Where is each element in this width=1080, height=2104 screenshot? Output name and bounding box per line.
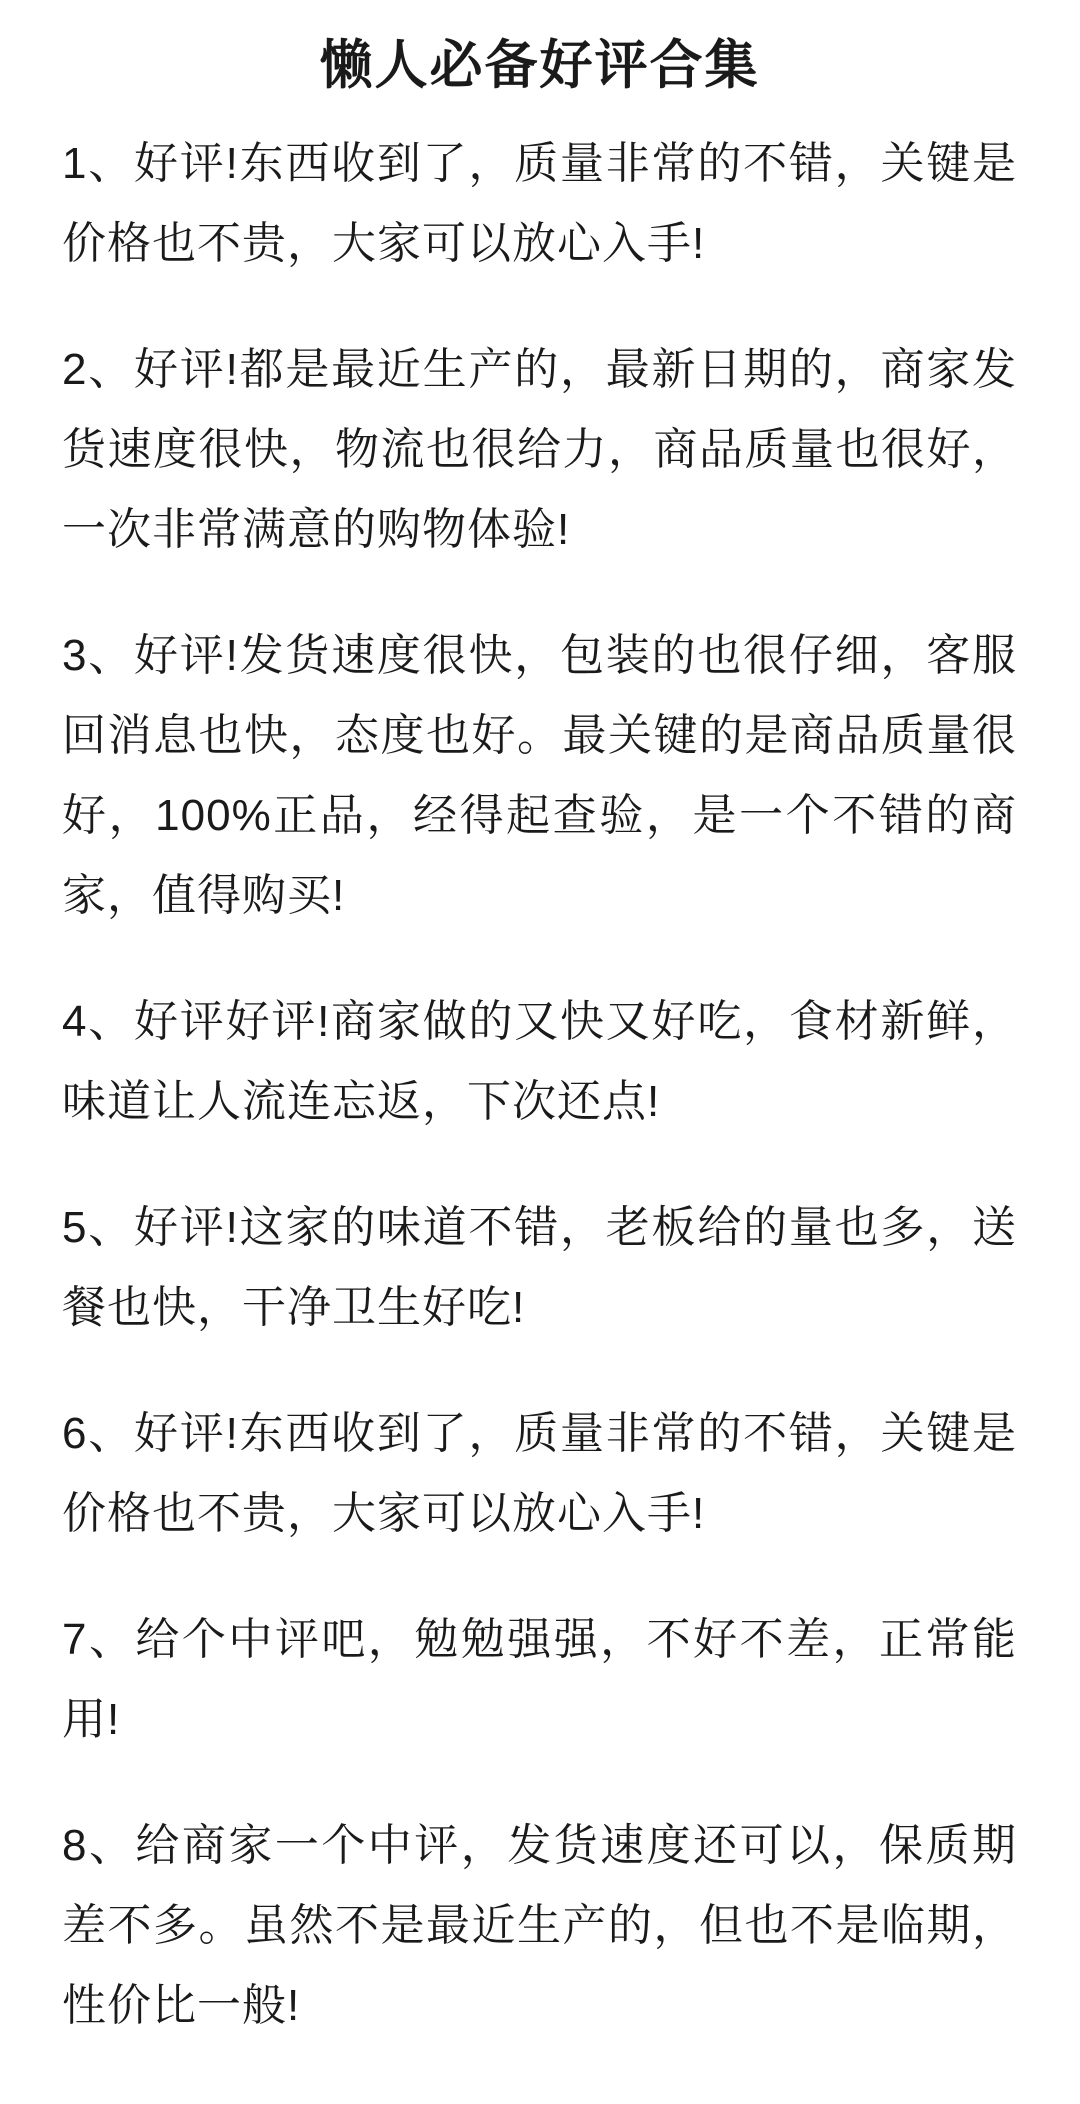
review-item-2: 2、好评!都是最近生产的，最新日期的，商家发货速度很快，物流也很给力，商品质量也… bbox=[62, 330, 1017, 570]
review-item-3: 3、好评!发货速度很快，包装的也很仔细，客服回消息也快，态度也好。最关键的是商品… bbox=[62, 616, 1017, 936]
review-item-8: 8、给商家一个中评，发货速度还可以，保质期差不多。虽然不是最近生产的，但也不是临… bbox=[62, 1806, 1017, 2046]
review-item-4: 4、好评好评!商家做的又快又好吃，食材新鲜，味道让人流连忘返，下次还点! bbox=[62, 982, 1017, 1142]
review-list: 1、好评!东西收到了，质量非常的不错，关键是价格也不贵，大家可以放心入手! 2、… bbox=[62, 124, 1017, 2046]
review-item-6: 6、好评!东西收到了，质量非常的不错，关键是价格也不贵，大家可以放心入手! bbox=[62, 1394, 1017, 1554]
page-title: 懒人必备好评合集 bbox=[62, 26, 1017, 106]
review-item-1: 1、好评!东西收到了，质量非常的不错，关键是价格也不贵，大家可以放心入手! bbox=[62, 124, 1017, 284]
review-item-5: 5、好评!这家的味道不错，老板给的量也多，送餐也快，干净卫生好吃! bbox=[62, 1188, 1017, 1348]
review-note-page: 懒人必备好评合集 1、好评!东西收到了，质量非常的不错，关键是价格也不贵，大家可… bbox=[0, 0, 1080, 2104]
review-item-7: 7、给个中评吧，勉勉强强，不好不差，正常能用! bbox=[62, 1600, 1017, 1760]
